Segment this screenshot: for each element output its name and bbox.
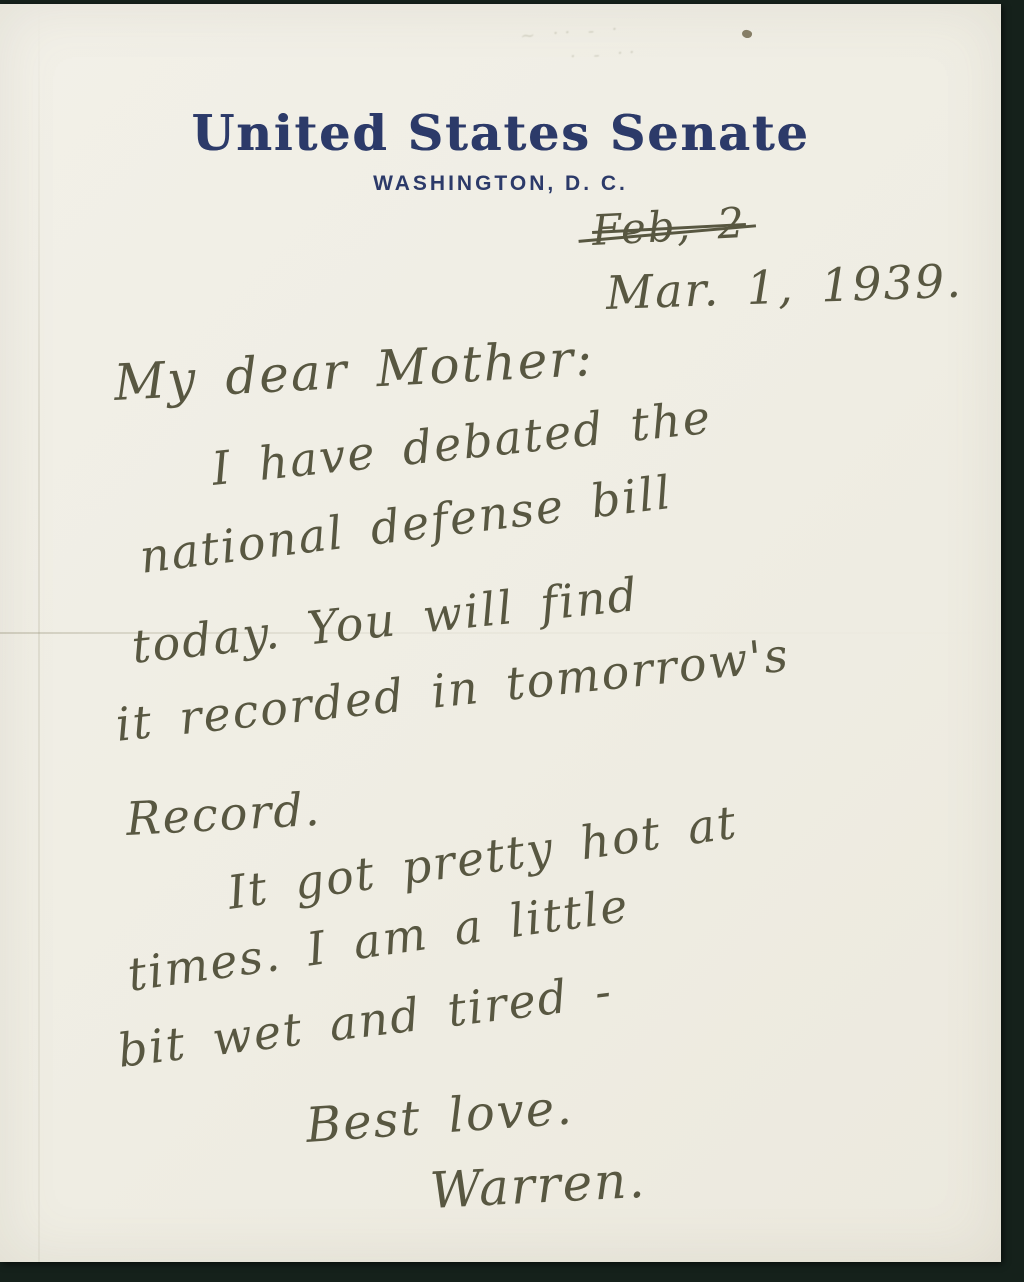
photo-background: ​~ ·· ‐ · · ‐ ·· United States Senate WA…: [0, 0, 1024, 1282]
letterhead-title: United States Senate: [0, 104, 1001, 162]
letterhead-location: WASHINGTON, D. C.: [0, 172, 1001, 196]
closing: Best love.: [304, 1079, 575, 1154]
pencil-smudge: · ‐ ··: [569, 42, 641, 68]
letter-page: ​~ ·· ‐ · · ‐ ·· United States Senate WA…: [0, 4, 1001, 1262]
ink-speck: [741, 29, 753, 40]
pencil-smudge: ​~ ·· ‐ ·: [519, 18, 624, 46]
crossed-out-date: Feb, 2: [591, 198, 747, 255]
salutation: My dear Mother:: [112, 329, 595, 412]
signature: Warren.: [428, 1151, 647, 1220]
body-line: Record.: [125, 782, 323, 846]
date: Mar. 1, 1939.: [605, 254, 964, 320]
